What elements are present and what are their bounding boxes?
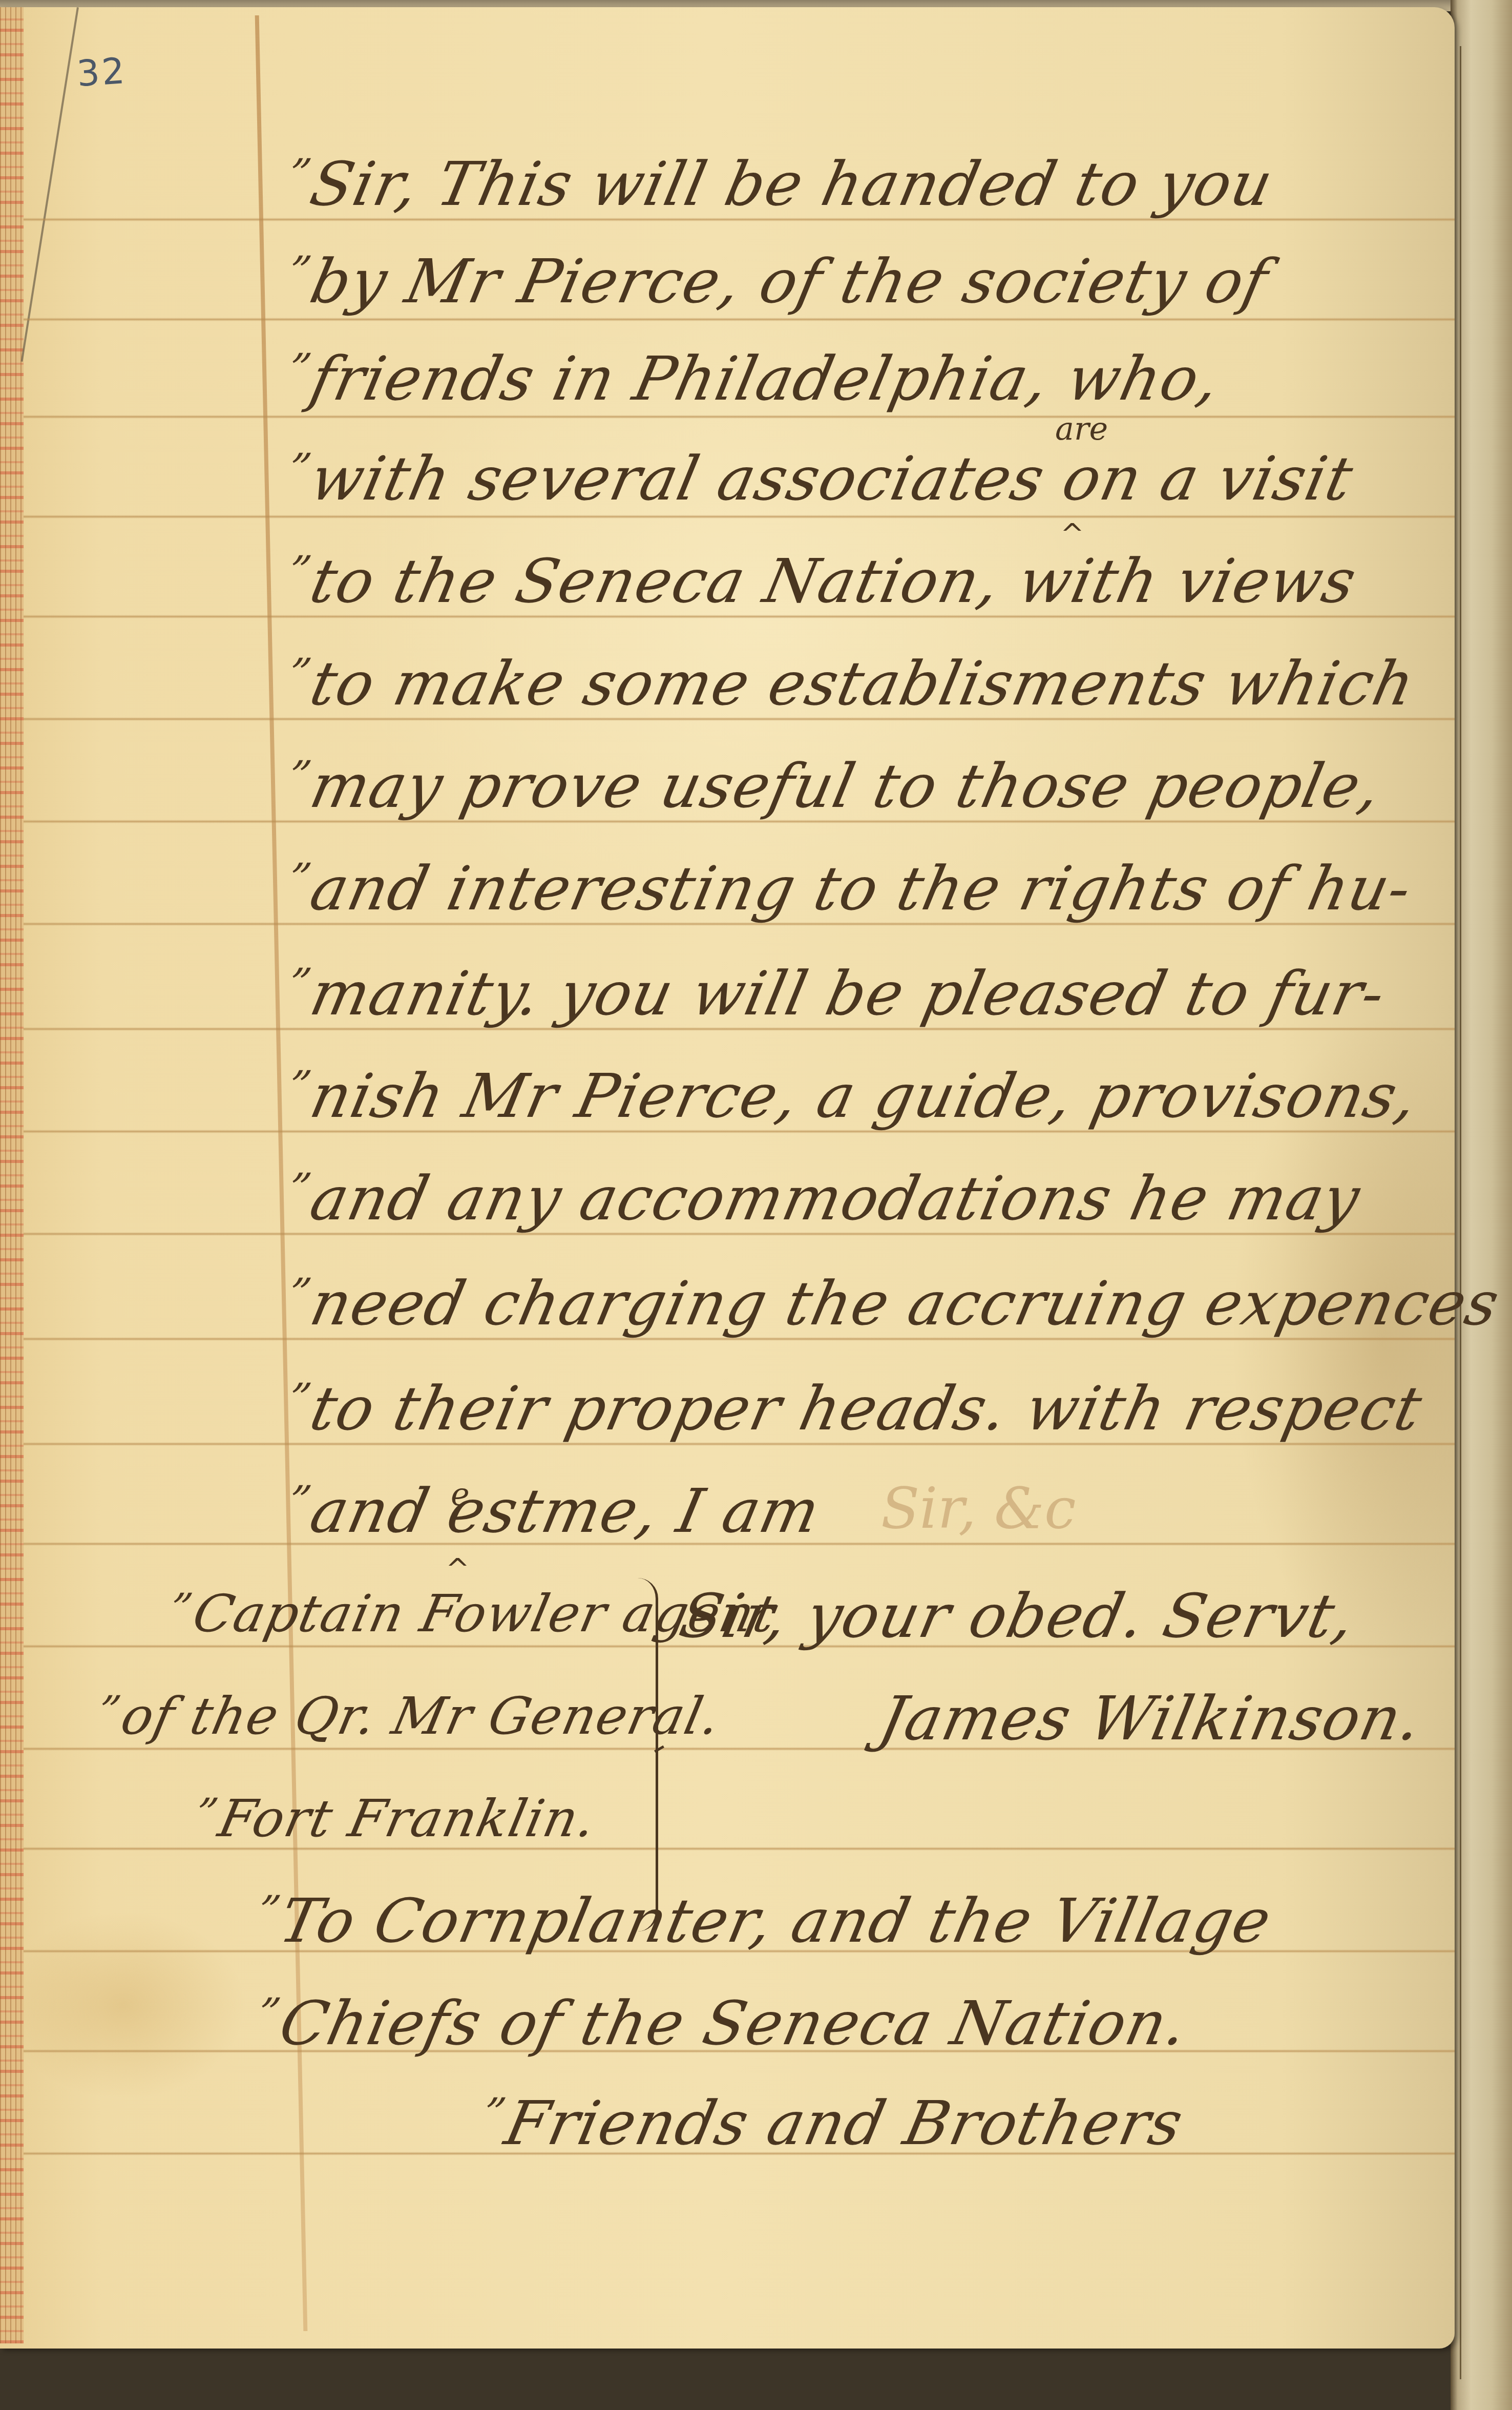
letter-line-text: and any accommodations he may	[304, 1163, 1367, 1234]
letter-line: ”nish Mr Pierce, a guide, provisons,	[280, 1066, 1423, 1126]
letter-line-text: to the Seneca Nation, with views	[304, 546, 1363, 616]
letter-line-text: and estme, I am	[304, 1476, 827, 1546]
insertion-caret: ^	[446, 1552, 470, 1586]
salutation-line: ”Chiefs of the Seneca Nation.	[249, 1993, 1193, 2053]
letter-line-text: by Mr Pierce, of the society of	[304, 246, 1275, 317]
letter-line-text: to their proper heads. with respect	[304, 1373, 1429, 1444]
letter-line-text: nish Mr Pierce, a guide, provisons,	[304, 1061, 1424, 1131]
speckled-page-edges	[0, 7, 24, 2343]
letter-line: ”friends in Philadelphia, who,	[280, 348, 1225, 409]
letter-line: ”Sir, This will be handed to you	[280, 154, 1278, 214]
greeting-line: ”Friends and Brothers	[475, 2093, 1188, 2153]
addressee-line: ”Fort Franklin.	[189, 1793, 601, 1844]
letter-line: ”and estme, I am	[280, 1481, 825, 1541]
letter-line-text: need charging the accruing expences	[304, 1268, 1506, 1339]
letter-line: ”with several associates on a visit	[280, 448, 1358, 509]
curly-brace	[635, 1578, 658, 1931]
letter-line: ”manity. you will be pleased to fur-	[280, 963, 1391, 1024]
letter-line: ”to their proper heads. with respect	[280, 1378, 1427, 1439]
closing-line: Sir, your obed. Servt,	[675, 1586, 1360, 1646]
ruled-line	[24, 515, 1455, 518]
letter-line: ”need charging the accruing expences	[280, 1273, 1505, 1334]
letter-line: ”and interesting to the rights of hu-	[280, 858, 1417, 919]
letter-line-text: and interesting to the rights of hu-	[304, 853, 1418, 924]
letter-line-text: with several associates on a visit	[304, 443, 1359, 514]
addressee-line: ”of the Qr. Mr General.	[92, 1691, 725, 1742]
signature: James Wilkinson.	[874, 1688, 1427, 1749]
salutation-text: To Cornplanter, and the Village	[274, 1885, 1278, 1956]
letter-line-text: manity. you will be pleased to fur-	[304, 958, 1392, 1029]
ruled-line	[24, 415, 1455, 419]
page-number: 32	[75, 50, 128, 95]
letter-line-text: to make some establisments which	[304, 648, 1421, 719]
letter-line: ”to make some establisments which	[280, 653, 1420, 714]
insertion-text: are	[1055, 410, 1108, 447]
letter-line-text: Sir, This will be handed to you	[304, 149, 1279, 219]
addressee-text: Fort Franklin.	[214, 1789, 602, 1848]
letter-line-text: may prove useful to those people,	[304, 751, 1388, 821]
erased-text: Sir, &c	[881, 1476, 1076, 1541]
book-binding-edge	[1451, 0, 1512, 2410]
letter-line: ”to the Seneca Nation, with views	[280, 551, 1361, 611]
letter-line: ”by Mr Pierce, of the society of	[280, 251, 1273, 311]
leaf-edge-line	[1460, 46, 1461, 2379]
letter-line: ”may prove useful to those people,	[280, 756, 1387, 816]
salutation-line: ”To Cornplanter, and the Village	[249, 1890, 1276, 1951]
letter-line: ”and any accommodations he may	[280, 1168, 1366, 1229]
greeting-text: Friends and Brothers	[499, 2088, 1190, 2158]
salutation-text: Chiefs of the Seneca Nation.	[274, 1988, 1194, 2059]
ruled-line	[24, 318, 1455, 321]
letter-line-text: friends in Philadelphia, who,	[304, 343, 1226, 414]
